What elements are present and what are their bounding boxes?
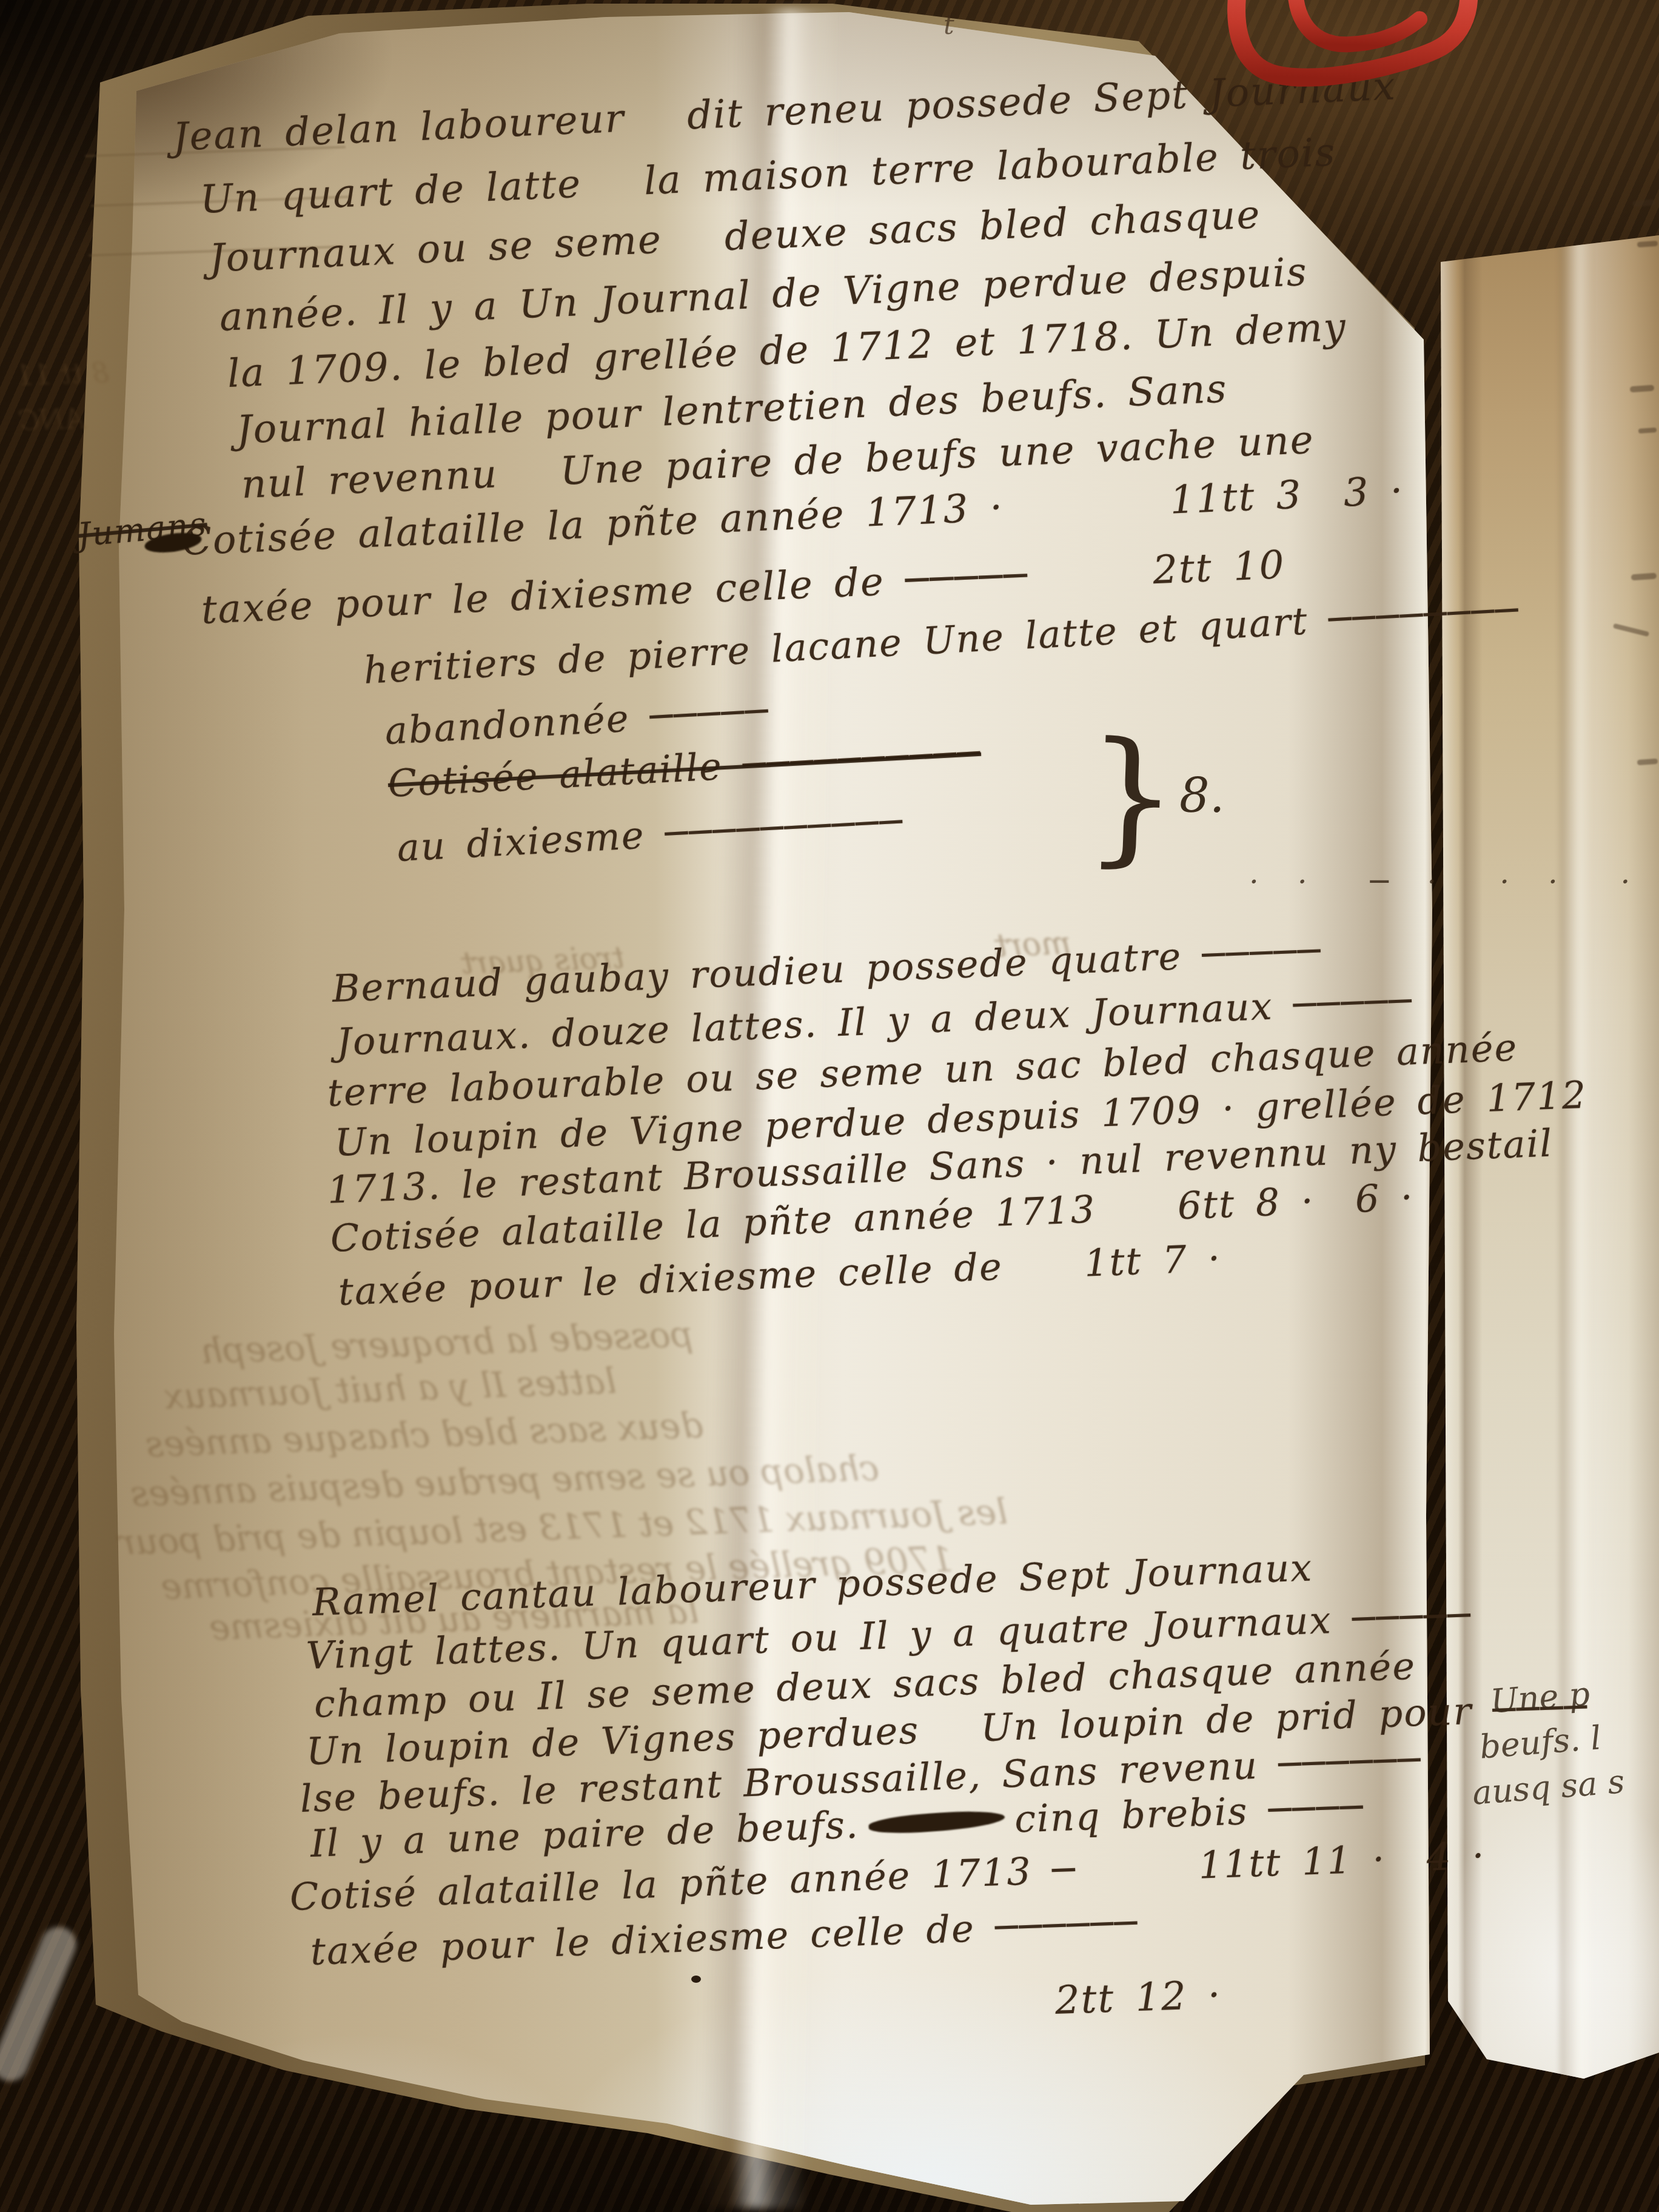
ink-trace bbox=[1632, 199, 1656, 207]
ink-scribble bbox=[868, 1808, 1006, 1836]
verso-showthrough-line: 8 tt 11 bbox=[15, 356, 110, 392]
record4-total-amount: 2tt 12 · bbox=[1054, 1976, 1222, 2020]
paperclip bbox=[1201, 0, 1485, 135]
dotted-trail: · · ─ · · · · bbox=[1249, 864, 1645, 899]
record4-brebis-text: cinq brebis ──── bbox=[1014, 1788, 1364, 1838]
stray-ink-mark: t bbox=[943, 10, 954, 41]
right-page-crease bbox=[1560, 230, 1596, 2088]
right-page-fragment: Une p bbox=[1489, 1675, 1591, 1721]
verso-showthrough-line: ANC bbox=[18, 402, 84, 437]
record2-amount: 8. bbox=[1179, 769, 1224, 823]
torn-paper-sliver bbox=[0, 1922, 81, 2086]
photo-of-manuscript: { "records": [ { "name": "jean-delan", "… bbox=[0, 0, 1659, 2212]
bracket-brace: } bbox=[1083, 729, 1180, 863]
ink-fleck bbox=[691, 1976, 701, 1983]
